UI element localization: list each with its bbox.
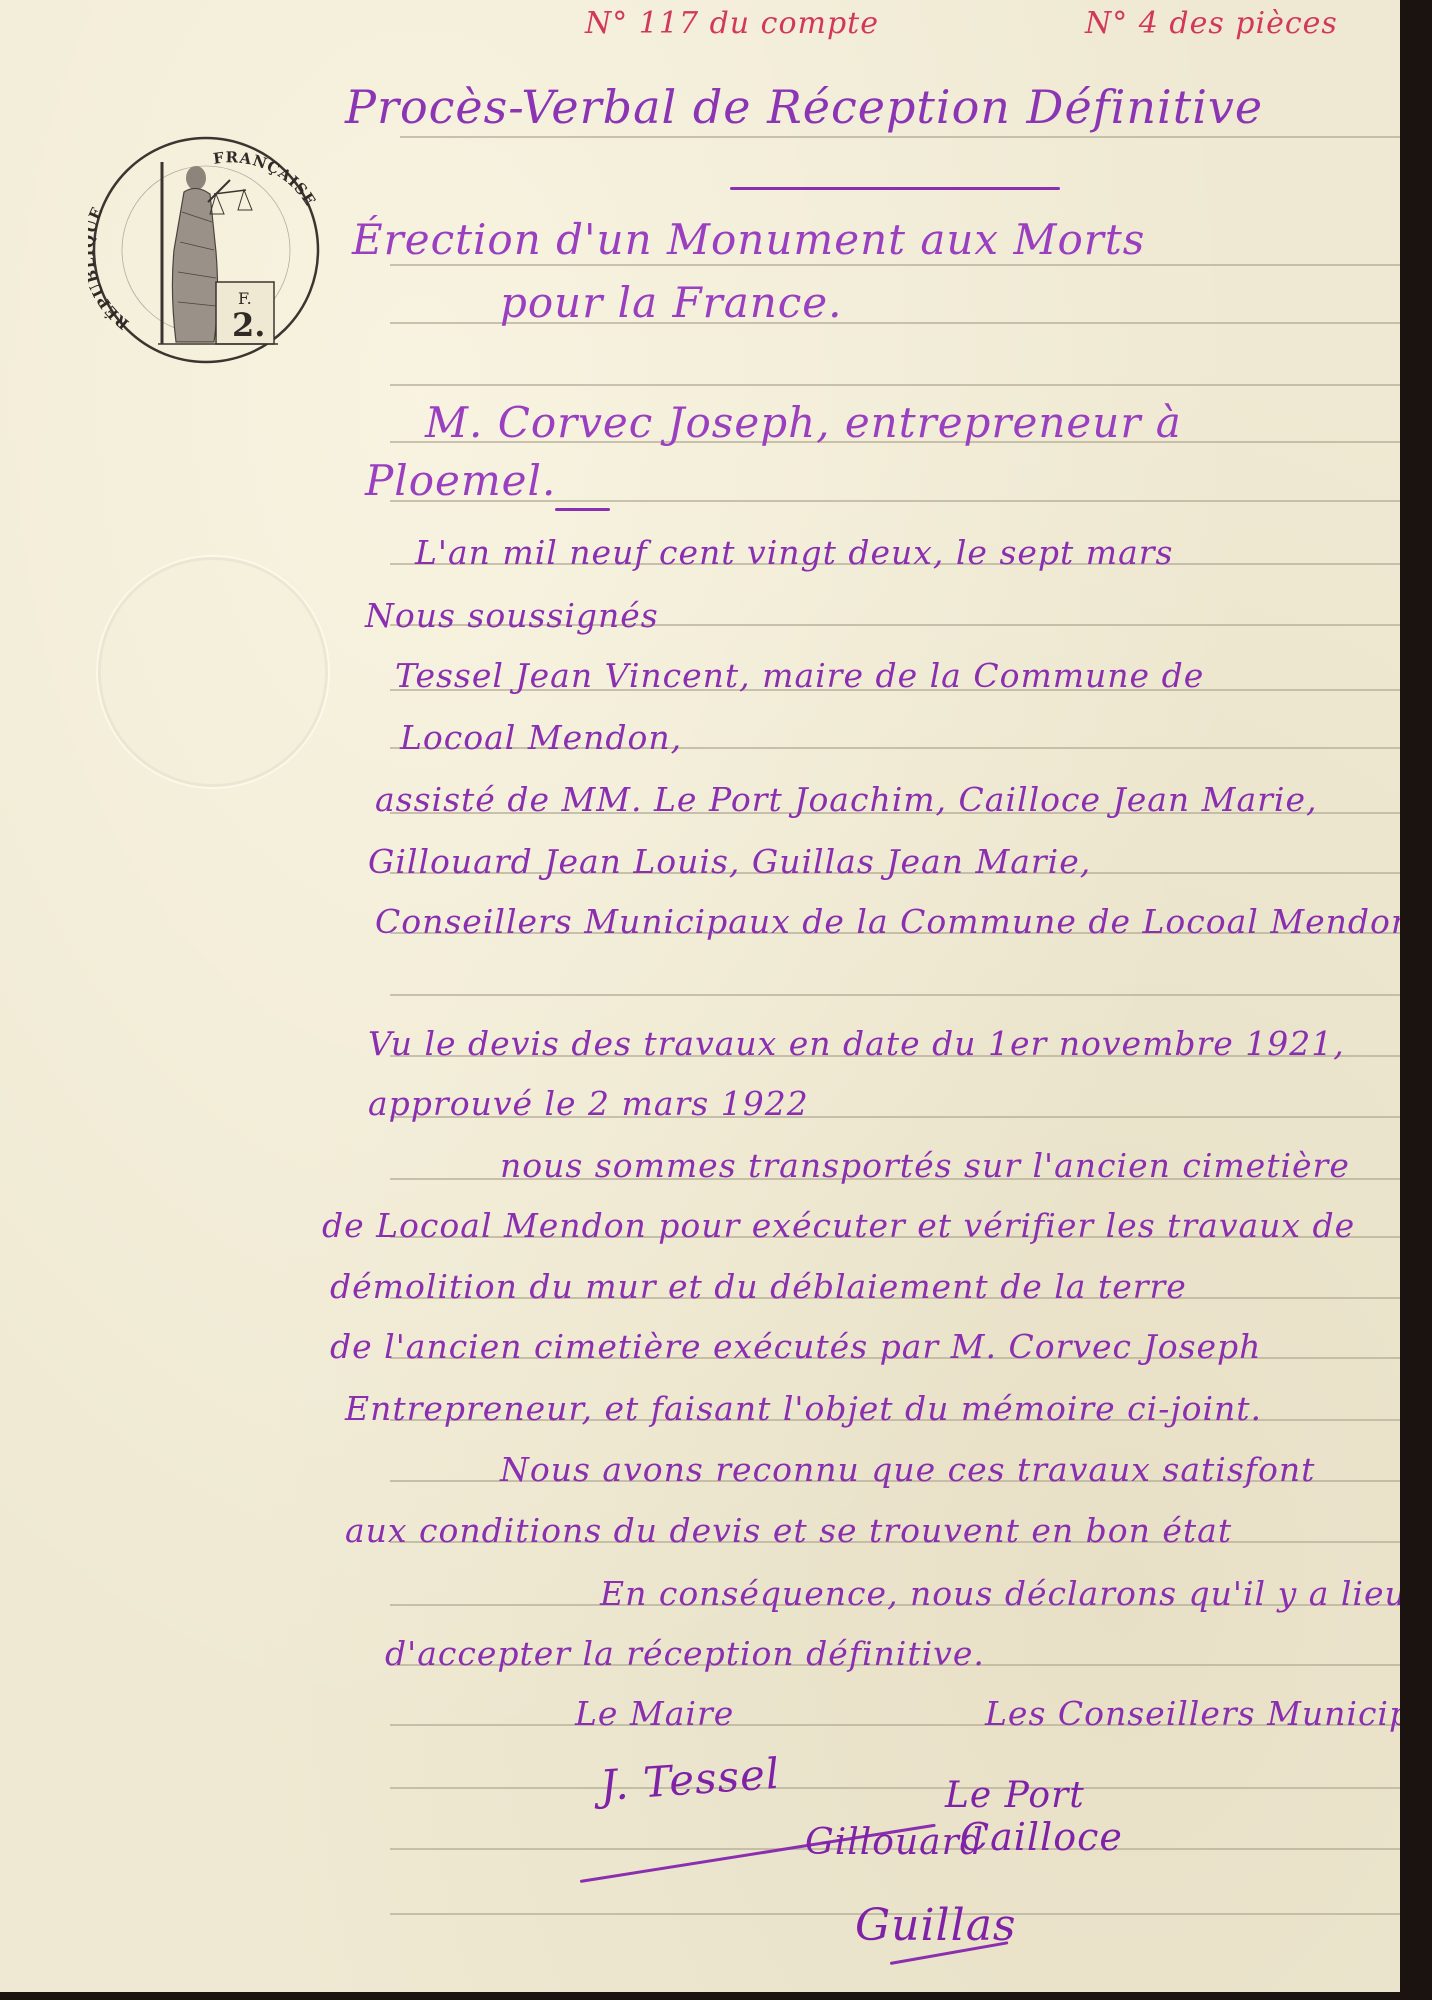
body-line: Entrepreneur, et faisant l'objet du mémo… xyxy=(345,1389,1262,1428)
councillors-signature-label: Les Conseillers Municipaux xyxy=(985,1694,1400,1733)
ruled-line xyxy=(390,1787,1400,1789)
body-line: d'accepter la réception définitive. xyxy=(385,1634,985,1673)
contractor-line1: M. Corvec Joseph, entrepreneur à xyxy=(425,398,1182,447)
body-line: Vu le devis des travaux en date du 1er n… xyxy=(368,1024,1345,1063)
body-line: En conséquence, nous déclarons qu'il y a… xyxy=(600,1574,1400,1613)
contractor-underline xyxy=(555,508,610,511)
body-line: Conseillers Municipaux de la Commune de … xyxy=(375,902,1400,941)
svg-text:RÉPUBLIQUE: RÉPUBLIQUE xyxy=(88,204,132,333)
body-line: de Locoal Mendon pour exécuter et vérifi… xyxy=(322,1206,1355,1245)
document-page: N° 117 du compte N° 4 des pièces RÉPUBLI… xyxy=(0,0,1400,1992)
contractor-line2: Ploemel. xyxy=(365,456,556,505)
ruled-line xyxy=(390,264,1400,266)
account-number-annotation: N° 117 du compte xyxy=(585,6,879,41)
gillouard-signature: Gillouard xyxy=(805,1822,984,1863)
stamp-denomination-value: 2. xyxy=(232,306,265,344)
body-line: de l'ancien cimetière exécutés par M. Co… xyxy=(330,1327,1261,1366)
body-line: assisté de MM. Le Port Joachim, Cailloce… xyxy=(375,780,1317,819)
title-underline xyxy=(730,187,1060,190)
le-port-signature: Le Port xyxy=(945,1775,1085,1816)
marianne-fiscal-stamp-icon: RÉPUBLIQUE FRANÇAISE F. 2. xyxy=(88,132,324,368)
mayor-signature: J. Tessel xyxy=(599,1749,782,1810)
body-line: nous sommes transportés sur l'ancien cim… xyxy=(500,1146,1350,1185)
stamp-text-left: RÉPUBLIQUE xyxy=(88,204,132,333)
body-line: Nous avons reconnu que ces travaux satis… xyxy=(500,1450,1315,1489)
document-subtitle-line1: Érection d'un Monument aux Morts xyxy=(352,215,1145,264)
ruled-line xyxy=(390,994,1400,996)
cailloce-signature: Cailloce xyxy=(960,1815,1123,1859)
ruled-line xyxy=(400,136,1400,138)
svg-text:FRANÇAISE: FRANÇAISE xyxy=(212,148,320,209)
scan-border-right xyxy=(1400,0,1432,2000)
embossed-seal-icon xyxy=(96,555,330,789)
body-line: Nous soussignés xyxy=(365,596,659,635)
body-line: démolition du mur et du déblaiement de l… xyxy=(330,1267,1187,1306)
stamp-text-right: FRANÇAISE xyxy=(212,148,320,209)
document-title: Procès-Verbal de Réception Définitive xyxy=(345,80,1263,134)
body-line: Gillouard Jean Louis, Guillas Jean Marie… xyxy=(368,842,1091,881)
ruled-line xyxy=(390,384,1400,386)
mayor-signature-label: Le Maire xyxy=(575,1694,734,1733)
body-line: approuvé le 2 mars 1922 xyxy=(368,1084,809,1123)
document-subtitle-line2: pour la France. xyxy=(500,278,843,327)
body-line: Tessel Jean Vincent, maire de la Commune… xyxy=(395,656,1204,695)
body-line: Locoal Mendon, xyxy=(400,718,682,757)
body-line: L'an mil neuf cent vingt deux, le sept m… xyxy=(415,533,1173,572)
body-line: aux conditions du devis et se trouvent e… xyxy=(345,1511,1232,1550)
scan-border-bottom xyxy=(0,1992,1432,2000)
piece-number-annotation: N° 4 des pièces xyxy=(1085,6,1338,41)
